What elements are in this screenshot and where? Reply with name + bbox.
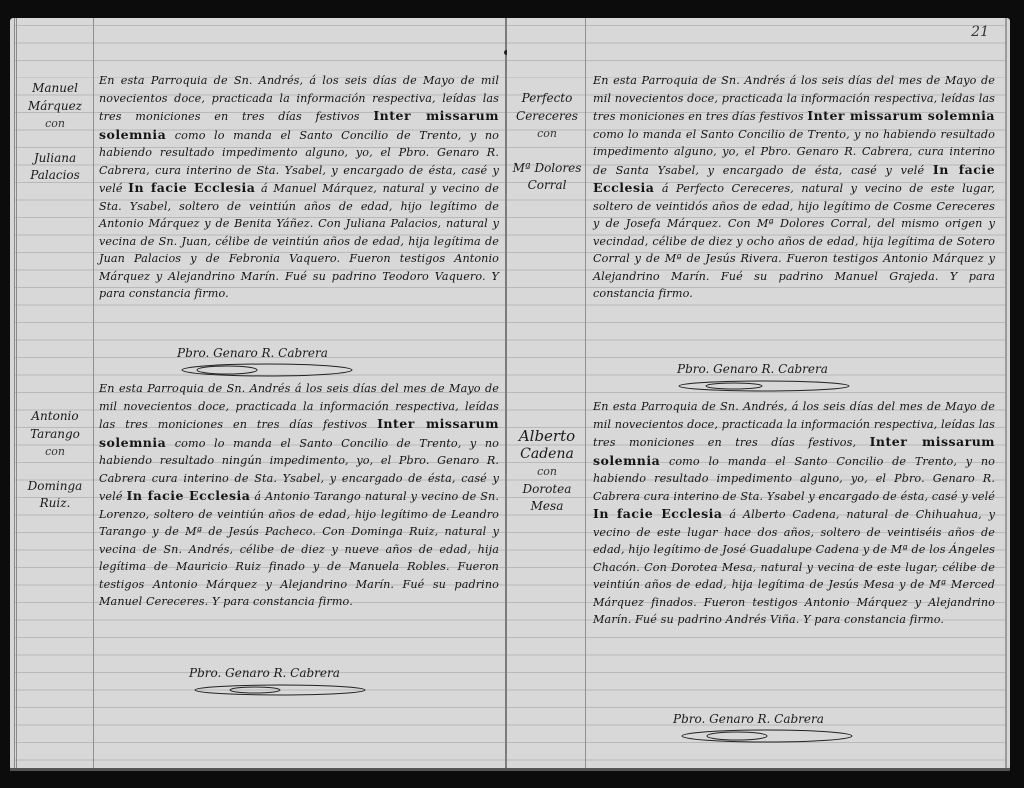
groom-surname: Cadena bbox=[511, 446, 583, 464]
groom-surname: Márquez bbox=[19, 98, 91, 116]
groom-surname: Cereceres bbox=[511, 108, 583, 126]
groom-first-name: Antonio bbox=[19, 408, 91, 426]
latin-phrase: Inter missarum solemnia bbox=[807, 108, 995, 123]
priest-signature: Pbro. Genaro R. Cabrera bbox=[673, 712, 824, 726]
entry-body: En esta Parroquia de Sn. Andrés á los se… bbox=[99, 380, 499, 611]
entry-names: Perfecto Cereceres con Mª Dolores Corral bbox=[511, 90, 583, 195]
entry-text-details: á Alberto Cadena, natural de Chihuahua, … bbox=[593, 508, 995, 626]
entry-body: En esta Parroquia de Sn. Andrés, á los s… bbox=[593, 398, 995, 629]
con-label: con bbox=[19, 115, 91, 133]
book-bottom-edge bbox=[10, 768, 1010, 771]
entry-text-details: á Manuel Márquez, natural y vecino de St… bbox=[99, 182, 499, 300]
groom-first-name: Manuel bbox=[19, 80, 91, 98]
entry-body: En esta Parroquia de Sn. Andrés, á los s… bbox=[99, 72, 499, 303]
bride-surname: Palacios bbox=[19, 167, 91, 185]
entry-text-details: á Perfecto Cereceres, natural y vecino d… bbox=[593, 182, 995, 300]
left-page: Manuel Márquez con Juliana Palacios En e… bbox=[14, 18, 509, 770]
bride-first-name: Mª Dolores bbox=[511, 160, 583, 178]
con-label: con bbox=[511, 463, 583, 481]
latin-phrase: In facie Ecclesia bbox=[593, 506, 723, 521]
page-number: 21 bbox=[971, 24, 989, 40]
bride-surname: Corral bbox=[511, 177, 583, 195]
priest-signature: Pbro. Genaro R. Cabrera bbox=[189, 666, 340, 680]
signature-flourish-icon bbox=[667, 726, 867, 746]
con-label: con bbox=[511, 125, 583, 143]
bride-first-name: Dorotea bbox=[511, 481, 583, 499]
entry-names: Antonio Tarango con Dominga Ruiz. bbox=[19, 408, 91, 513]
entry-names: Alberto Cadena con Dorotea Mesa bbox=[511, 428, 583, 516]
signature-flourish-icon bbox=[185, 680, 385, 700]
entry-body: En esta Parroquia de Sn. Andrés á los se… bbox=[593, 72, 995, 303]
margin-rule bbox=[93, 18, 94, 770]
bride-surname: Mesa bbox=[511, 498, 583, 516]
entry-names: Manuel Márquez con Juliana Palacios bbox=[19, 80, 91, 185]
register-book: Manuel Márquez con Juliana Palacios En e… bbox=[10, 18, 1010, 770]
bride-surname: Ruiz. bbox=[19, 495, 91, 513]
latin-phrase: In facie Ecclesia bbox=[127, 488, 251, 503]
signature-flourish-icon bbox=[167, 360, 367, 380]
latin-phrase: In facie Ecclesia bbox=[128, 180, 255, 195]
bride-first-name: Juliana bbox=[19, 150, 91, 168]
signature-flourish-icon bbox=[669, 376, 869, 396]
con-label: con bbox=[19, 443, 91, 461]
margin-rule bbox=[585, 18, 586, 770]
entry-text-details: á Antonio Tarango natural y vecino de Sn… bbox=[99, 490, 499, 608]
groom-first-name: Perfecto bbox=[511, 90, 583, 108]
groom-first-name: Alberto bbox=[511, 428, 583, 446]
priest-signature: Pbro. Genaro R. Cabrera bbox=[177, 346, 328, 360]
bride-first-name: Dominga bbox=[19, 478, 91, 496]
groom-surname: Tarango bbox=[19, 426, 91, 444]
right-page: 21 Perfecto Cereceres con Mª Dolores Cor… bbox=[507, 18, 1007, 770]
priest-signature: Pbro. Genaro R. Cabrera bbox=[677, 362, 828, 376]
